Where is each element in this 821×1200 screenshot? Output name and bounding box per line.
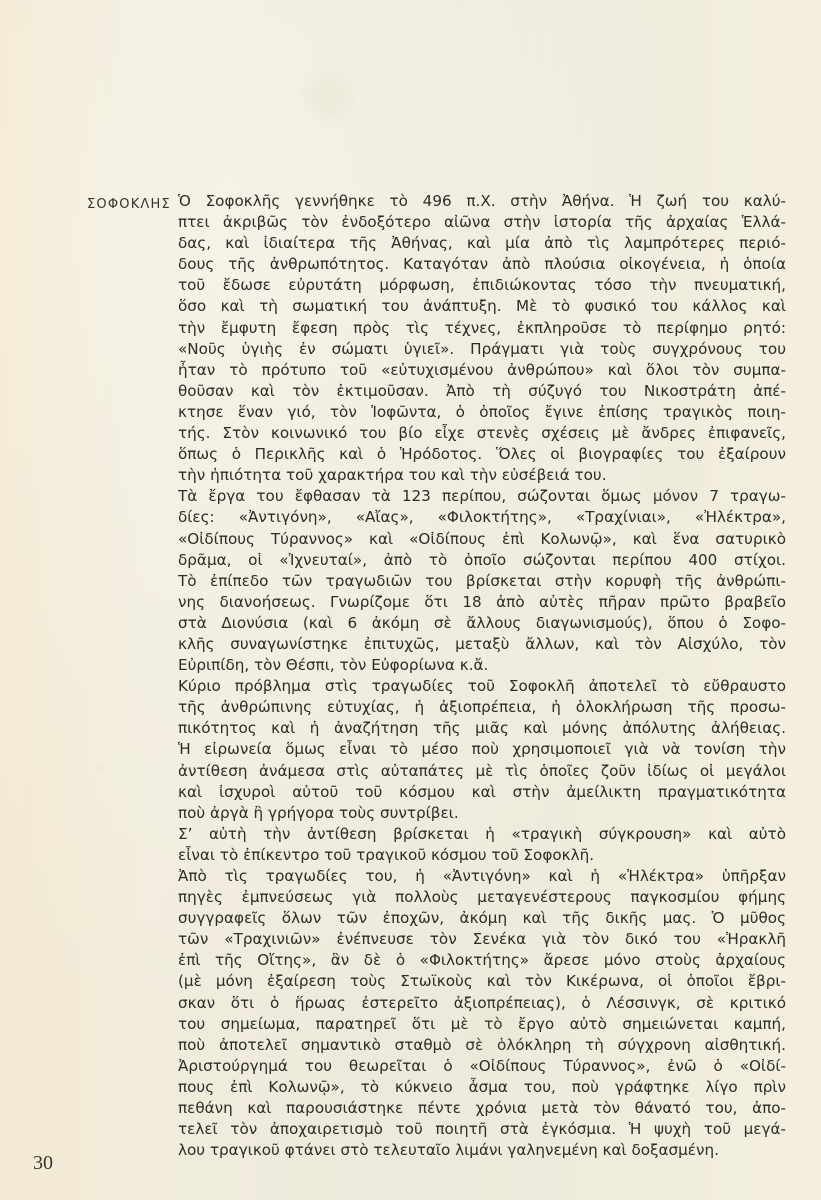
text-line: λου τραγικοῦ φτάνει στὸ τελευταῖο λιμάνι… xyxy=(178,1140,786,1161)
text-line: εἶναι τὸ ἐπίκεντρο τοῦ τραγικοῦ κόσμου τ… xyxy=(178,845,786,866)
text-line: «Νοῦς ὑγιὴς ἐν σώματι ὑγιεῖ». Πράγματι γ… xyxy=(178,339,786,360)
text-line: καὶ ἰσχυροὶ αὐτοῦ τοῦ κόσμου καὶ στὴν ἀμ… xyxy=(178,782,786,803)
text-line: πηγὲς ἐμπνεύσεως γιὰ πολλοὺς μεταγενέστε… xyxy=(178,887,786,908)
text-line: Ἀπὸ τὶς τραγωδίες του, ἡ «Ἀντιγόνη» καὶ … xyxy=(178,866,786,887)
margin-author-label: ΣΟΦΟΚΛΗΣ xyxy=(87,196,171,213)
text-line: σκαν ὅτι ὁ ἥρωας ἐστερεῖτο ἀξιοπρέπειας)… xyxy=(178,993,786,1014)
text-line: Ἡ εἰρωνεία ὅμως εἶναι τὸ μέσο ποὺ χρησιμ… xyxy=(178,739,786,760)
text-line: Τὸ ἐπίπεδο τῶν τραγωδιῶν του βρίσκεται σ… xyxy=(178,571,786,592)
text-line: ὅσο καὶ τὴ σωματική του ἀνάπτυξη. Μὲ τὸ … xyxy=(178,296,786,317)
text-line: τῆς ἀνθρώπινης εὐτυχίας, ἡ ἀξιοπρέπεια, … xyxy=(178,697,786,718)
body-text: Ὁ Σοφοκλῆς γεννήθηκε τὸ 496 π.Χ. στὴν Ἀθ… xyxy=(178,191,786,1161)
text-line: «Οἰδίπους Τύραννος» καὶ «Οἰδίπους ἐπὶ Κο… xyxy=(178,529,786,550)
text-line: Κύριο πρόβλημα στὶς τραγωδίες τοῦ Σοφοκλ… xyxy=(178,676,786,697)
text-line: δίες: «Ἀντιγόνη», «Αἴας», «Φιλοκτήτης», … xyxy=(178,507,786,528)
text-line: Σ’ αὐτὴ τὴν ἀντίθεση βρίσκεται ἡ «τραγικ… xyxy=(178,824,786,845)
text-line: ποὺ ἀποτελεῖ σημαντικὸ σταθμὸ σὲ ὁλόκληρ… xyxy=(178,1035,786,1056)
text-line: Ὁ Σοφοκλῆς γεννήθηκε τὸ 496 π.Χ. στὴν Ἀθ… xyxy=(178,191,786,212)
text-line: συγγραφεῖς ὅλων τῶν ἐποχῶν, ἀκόμη καὶ τῆ… xyxy=(178,908,786,929)
text-line: ἀντίθεση ἀνάμεσα στὶς αὐταπάτες μὲ τὶς ὁ… xyxy=(178,761,786,782)
text-line: πους ἐπὶ Κολωνῷ», τὸ κύκνειο ἆσμα του, π… xyxy=(178,1077,786,1098)
book-page: ΣΟΦΟΚΛΗΣ Ὁ Σοφοκλῆς γεννήθηκε τὸ 496 π.Χ… xyxy=(0,0,821,1200)
text-line: τελεῖ τὸν ἀποχαιρετισμὸ τοῦ ποιητῆ στὰ ἐ… xyxy=(178,1119,786,1140)
text-line: Ἀριστούργημά του θεωρεῖται ὁ «Οἰδίπους Τ… xyxy=(178,1056,786,1077)
text-line: στὰ Διονύσια (καὶ 6 ἀκόμη σὲ ἄλλους διαγ… xyxy=(178,613,786,634)
text-line: πεθάνη καὶ παρουσιάστηκε πέντε χρόνια με… xyxy=(178,1098,786,1119)
text-line: δους τῆς ἀνθρωπότητος. Καταγόταν ἀπὸ πλο… xyxy=(178,254,786,275)
text-line: ποὺ ἀργὰ ἢ γρήγορα τοὺς συντρίβει. xyxy=(178,803,786,824)
text-line: πτει ἀκριβῶς τὸν ἐνδοξότερο αἰῶνα στὴν ἱ… xyxy=(178,212,786,233)
text-line: θοῦσαν καὶ τὸν ἐκτιμοῦσαν. Ἀπὸ τὴ σύζυγό… xyxy=(178,381,786,402)
text-line: (μὲ μόνη ἐξαίρεση τοὺς Στωϊκοὺς καὶ τὸν … xyxy=(178,971,786,992)
text-line: ἦταν τὸ πρότυπο τοῦ «εὐτυχισμένου ἀνθρώπ… xyxy=(178,360,786,381)
text-line: τῶν «Τραχινιῶν» ἐνέπνευσε τὸν Σενέκα γιὰ… xyxy=(178,929,786,950)
text-line: κτησε ἕναν γιό, τὸν Ἰοφῶντα, ὁ ὁποῖος ἔγ… xyxy=(178,402,786,423)
text-line: κλῆς συναγωνίστηκε ἐπιτυχῶς, μεταξὺ ἄλλω… xyxy=(178,634,786,655)
text-line: τὴν ἠπιότητα τοῦ χαρακτήρα του καὶ τὴν ε… xyxy=(178,465,786,486)
text-line: τοῦ ἔδωσε εὐρυτάτη μόρφωση, ἐπιδιώκοντας… xyxy=(178,275,786,296)
text-line: πικότητος καὶ ἡ ἀναζήτηση τῆς μιᾶς καὶ μ… xyxy=(178,718,786,739)
text-line: ἐπὶ τῆς Οἴτης», ἂν δὲ ὁ «Φιλοκτήτης» ἄρε… xyxy=(178,950,786,971)
text-line: του σημείωμα, παρατηρεῖ ὅτι μὲ τὸ ἔργο α… xyxy=(178,1014,786,1035)
text-line: Τὰ ἔργα του ἔφθασαν τὰ 123 περίπου, σώζο… xyxy=(178,486,786,507)
text-line: δας, καὶ ἰδιαίτερα τῆς Ἀθήνας, καὶ μία ἀ… xyxy=(178,233,786,254)
text-line: τής. Στὸν κοινωνικό του βίο εἶχε στενὲς … xyxy=(178,423,786,444)
text-line: δρᾶμα, οἱ «Ἰχνευταί», ἀπὸ τὸ ὁποῖο σώζον… xyxy=(178,550,786,571)
page-number: 30 xyxy=(33,1152,53,1175)
text-line: ὅπως ὁ Περικλῆς καὶ ὁ Ἡρόδοτος. Ὅλες οἱ … xyxy=(178,444,786,465)
text-line: Εὐριπίδη, τὸν Θέσπι, τὸν Εὐφορίωνα κ.ἄ. xyxy=(178,655,786,676)
text-line: νης διανοήσεως. Γνωρίζομε ὅτι 18 ἀπὸ αὐτ… xyxy=(178,592,786,613)
text-line: τὴν ἔμφυτη ἔφεση πρὸς τὶς τέχνες, ἐκπληρ… xyxy=(178,318,786,339)
